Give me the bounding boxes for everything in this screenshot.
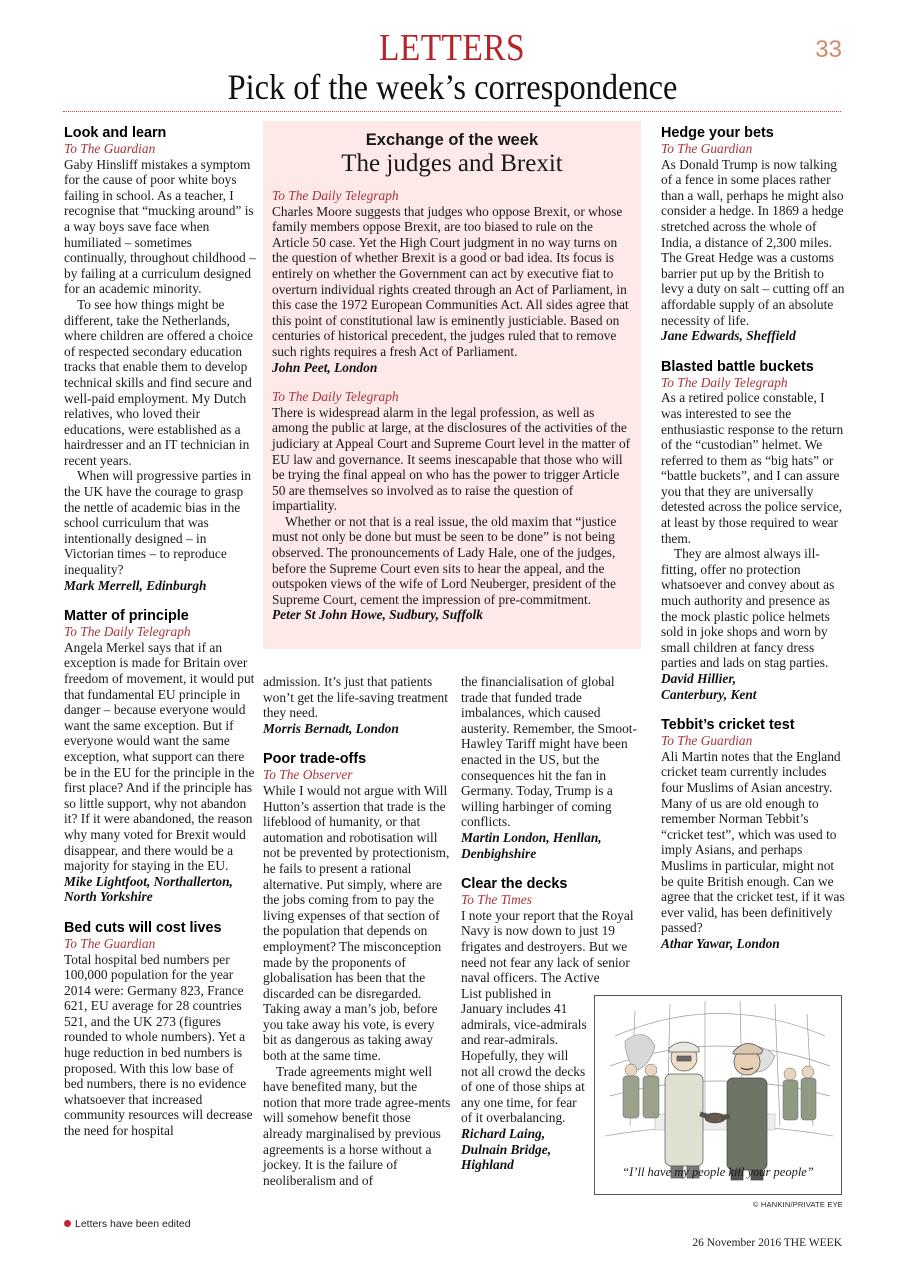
letter-recipient: To The Daily Telegraph <box>64 624 256 640</box>
exchange-letter: To The Daily Telegraph Charles Moore sug… <box>272 188 632 375</box>
letter-signature: Morris Bernadt, London <box>263 721 451 737</box>
right-column: Hedge your bets To The Guardian As Donal… <box>661 125 847 967</box>
cartoon-caption: “I’ll have my people kill your people” <box>595 1165 841 1180</box>
letter-recipient: To The Times <box>461 892 641 908</box>
section-title: LETTERS <box>379 28 525 68</box>
letter-bed-cuts-continued: admission. It’s just that patients won’t… <box>263 674 451 736</box>
middle-column-1: admission. It’s just that patients won’t… <box>263 674 451 1203</box>
masthead: LETTERS Pick of the week’s correspondenc… <box>0 28 905 106</box>
page-number: 33 <box>815 36 842 64</box>
letter-paragraph: When will progressive parties in the UK … <box>64 468 256 577</box>
letter-paragraph: List published in January includes 41 ad… <box>461 986 587 1126</box>
letter-paragraph: admission. It’s just that patients won’t… <box>263 674 451 721</box>
letter-paragraph: As a retired police constable, I was int… <box>661 390 847 546</box>
letter-hedge-your-bets: Hedge your bets To The Guardian As Donal… <box>661 125 847 344</box>
letter-headline: Look and learn <box>64 125 256 141</box>
letter-recipient: To The Daily Telegraph <box>272 389 632 405</box>
letter-recipient: To The Guardian <box>661 733 847 749</box>
letter-poor-trade-offs-continued: the financialisation of global trade tha… <box>461 674 641 861</box>
cartoon: “I’ll have my people kill your people” <box>594 995 842 1195</box>
letter-recipient: To The Guardian <box>661 141 847 157</box>
letter-paragraph: Trade agreements might well have benefit… <box>263 1064 451 1189</box>
letter-headline: Clear the decks <box>461 876 641 892</box>
letter-look-and-learn: Look and learn To The Guardian Gaby Hins… <box>64 125 256 593</box>
letter-headline: Blasted battle buckets <box>661 359 847 375</box>
letter-signature: Athar Yawar, London <box>661 936 847 952</box>
letter-paragraph: Ali Martin notes that the England cricke… <box>661 749 847 936</box>
letter-headline: Tebbit’s cricket test <box>661 717 847 733</box>
header-divider <box>63 111 841 112</box>
letter-headline: Poor trade-offs <box>263 751 451 767</box>
page-title: Pick of the week’s correspondence <box>45 68 860 106</box>
letter-signature: Martin London, Henllan, Denbighshire <box>461 830 641 861</box>
letter-paragraph: Angela Merkel says that if an exception … <box>64 640 256 874</box>
letter-paragraph: They are almost always ill-fitting, offe… <box>661 546 847 671</box>
letter-signature: Mike Lightfoot, Northallerton, North Yor… <box>64 874 256 905</box>
left-column: Look and learn To The Guardian Gaby Hins… <box>64 125 256 1154</box>
letter-headline: Hedge your bets <box>661 125 847 141</box>
letter-paragraph: To see how things might be different, ta… <box>64 297 256 469</box>
letter-recipient: To The Daily Telegraph <box>661 375 847 391</box>
edited-note-text: Letters have been edited <box>75 1218 191 1230</box>
letter-recipient: To The Guardian <box>64 936 256 952</box>
exchange-of-the-week: Exchange of the week The judges and Brex… <box>263 121 641 649</box>
cartoon-credit: © HANKIN/PRIVATE EYE <box>753 1200 843 1209</box>
letter-headline: Bed cuts will cost lives <box>64 920 256 936</box>
letter-bed-cuts: Bed cuts will cost lives To The Guardian… <box>64 920 256 1139</box>
letter-paragraph: Total hospital bed numbers per 100,000 p… <box>64 952 256 1139</box>
letter-paragraph: Gaby Hinsliff mistakes a symptom for the… <box>64 157 256 297</box>
footer-dateline: 26 November 2016 THE WEEK <box>692 1237 842 1249</box>
letter-signature: John Peet, London <box>272 360 632 376</box>
letter-paragraph: Charles Moore suggests that judges who o… <box>272 204 632 360</box>
bullet-dot-icon <box>64 1220 71 1227</box>
letter-battle-buckets: Blasted battle buckets To The Daily Tele… <box>661 359 847 702</box>
letter-signature: Mark Merrell, Edinburgh <box>64 578 256 594</box>
letter-cricket-test: Tebbit’s cricket test To The Guardian Al… <box>661 717 847 951</box>
exchange-letter: To The Daily Telegraph There is widespre… <box>272 389 632 623</box>
edited-note: Letters have been edited <box>64 1218 191 1230</box>
letter-signature: David Hillier, <box>661 671 847 687</box>
letter-signature: Peter St John Howe, Sudbury, Suffolk <box>272 607 632 623</box>
letter-matter-of-principle: Matter of principle To The Daily Telegra… <box>64 608 256 905</box>
letter-paragraph: There is widespread alarm in the legal p… <box>272 405 632 514</box>
letter-poor-trade-offs: Poor trade-offs To The Observer While I … <box>263 751 451 1188</box>
letter-paragraph: the financialisation of global trade tha… <box>461 674 641 830</box>
letter-paragraph: I note your report that the Royal Navy i… <box>461 908 641 986</box>
letter-recipient: To The Guardian <box>64 141 256 157</box>
letter-recipient: To The Daily Telegraph <box>272 188 632 204</box>
letter-paragraph: As Donald Trump is now talking of a fenc… <box>661 157 847 329</box>
letter-signature: Canterbury, Kent <box>661 687 847 703</box>
exchange-kicker: Exchange of the week <box>272 130 632 150</box>
letter-signature: Jane Edwards, Sheffield <box>661 328 847 344</box>
letter-paragraph: Whether or not that is a real issue, the… <box>272 514 632 608</box>
letter-recipient: To The Observer <box>263 767 451 783</box>
letter-headline: Matter of principle <box>64 608 256 624</box>
letter-paragraph: While I would not argue with Will Hutton… <box>263 783 451 1064</box>
exchange-title: The judges and Brexit <box>272 150 632 178</box>
